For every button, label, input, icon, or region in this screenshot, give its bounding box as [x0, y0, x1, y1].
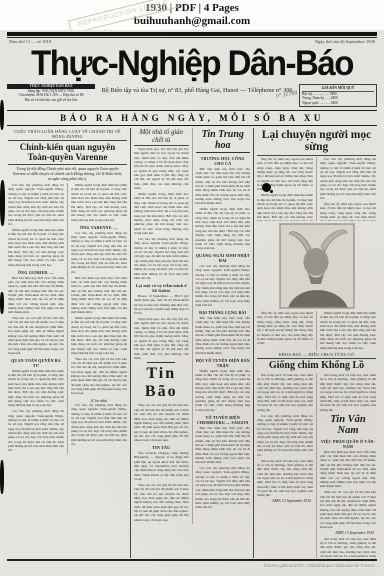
- body-paragraph: Tàu «Claude Chappe» chạy đường Hải-phòng…: [134, 451, 189, 481]
- scan-edge-artifact: [0, 292, 4, 314]
- banner-email-line: buihuuhanh@gmail.com: [0, 15, 384, 28]
- ink-blot: [270, 190, 273, 193]
- body-paragraph: Ông lão ấy năm nay ngoài sáu mươi tuổi, …: [320, 202, 376, 221]
- china-subhead: ĐẠI THẮNG LỤNG BÀI: [196, 310, 251, 315]
- scan-edge-artifact: [0, 100, 4, 130]
- lake-suicide-subhead: Lại một cô vợ trẫm mình ở hồ Gươm: [134, 283, 189, 293]
- politics-headline: Chính-kiến quan nguyên Toàn-quyền Varenn…: [8, 142, 127, 162]
- body-paragraph: Các báo tây phương mới đăng tin rằng qua…: [8, 183, 64, 226]
- body-paragraph: Ngày hôm qua, vào hồi bảy giờ tối, một n…: [134, 317, 189, 360]
- body-paragraph: Bên Tàu hiện nay thời cuộc vẫn chưa yên:…: [320, 450, 376, 489]
- newspaper-page: Năm thứ 11 — số 1018 Ngày thứ sáu 26 Sep…: [0, 30, 384, 576]
- body-paragraph: Bên Tàu hiện nay thời cuộc vẫn chưa yên:…: [71, 276, 127, 315]
- horned-man-headline: Lại chuyện người mọc sừng: [257, 129, 376, 153]
- text-subcolumn: Ông lão ấy năm nay ngoài sáu mươi tuổi, …: [257, 311, 313, 351]
- body-paragraph: Các báo tây phương mới đăng tin rằng qua…: [71, 231, 127, 274]
- body-paragraph: Các báo tây phương mới đăng tin rằng qua…: [196, 466, 251, 509]
- text-subcolumn: Xét trong sách vở xưa nay, loài chim ấy …: [316, 373, 376, 558]
- top-banner: 1930 | PDF | 4 Pages buihuuhanh@gmail.co…: [0, 0, 384, 30]
- dateline-signoff: ARIP, 13 Septembre 1930: [320, 531, 374, 535]
- yunnan-news-headline: Tin Vân Nam: [320, 414, 376, 436]
- politics-intro: Trong kỳ hội đồng Chính-phủ vừa rồi, qua…: [11, 166, 124, 181]
- body-paragraph: Ngày hôm qua, vào hồi bảy giờ tối, một n…: [134, 147, 189, 190]
- subscription-rates-box: GIÁ BÁN MỖI QUÝ Bắc-kỳ .................…: [299, 84, 377, 107]
- news-text: Một nhà tố giáo chết tù Ngày hôm qua, và…: [134, 128, 250, 524]
- body-paragraph: Nhiều người trong đám thân hào nhân sĩ đ…: [134, 192, 189, 235]
- body-paragraph: Bên Tàu hiện nay thời cuộc vẫn chưa yên:…: [196, 426, 251, 465]
- address-wrap: Bộ Biên tập và tòa Trị sự, n° 83, phố Hà…: [95, 84, 299, 94]
- divider-rule: [257, 155, 376, 156]
- masthead-title: Thực-Nghiệp Dân-Báo: [7, 43, 377, 83]
- text-subcolumn: Một nhà tố giáo chết tù Ngày hôm qua, và…: [134, 128, 189, 524]
- text-subcolumn: Xét trong sách vở xưa nay, loài chim ấy …: [257, 373, 313, 558]
- science-kicker: KHOA HỌC — ĐIỀU CHƯA TỪNG CÓ: [257, 351, 376, 359]
- text-subcolumn: Nhiều người trong đám thân hào nhân sĩ đ…: [316, 311, 376, 351]
- divider-rule: [134, 145, 189, 146]
- body-paragraph: Theo tin các nơi gửi về thì trận bão vừa…: [8, 316, 64, 355]
- body-paragraph: Nhiều người trong đám thân hào nhân sĩ đ…: [257, 193, 313, 221]
- body-paragraph: Hanoi, 13 Septembre. — Hồi 5 giờ chiều h…: [134, 294, 189, 316]
- column-politics: CUỘC THẢO LUẬN HÀNG LOẠT VỀ CHÁNH TRỊ VỀ…: [7, 128, 131, 558]
- politics-text: Các báo tây phương mới đăng tin rằng qua…: [8, 183, 127, 454]
- body-paragraph: Nhiều người trong đám thân hào nhân sĩ đ…: [71, 183, 127, 222]
- body-paragraph: Các báo tây phương mới đăng tin rằng qua…: [196, 264, 251, 307]
- body-paragraph: Xét trong sách vở xưa nay, loài chim ấy …: [320, 537, 376, 558]
- horned-man-text-top: Ông lão ấy năm nay ngoài sáu mươi tuổi, …: [257, 157, 376, 221]
- ship-news-subhead: TIN TÀU: [134, 445, 189, 450]
- body-paragraph: Xét trong sách vở xưa nay, loài chim ấy …: [257, 459, 313, 498]
- body-paragraph: Theo tin các nơi gửi về thì trận bão vừa…: [134, 403, 189, 442]
- body-paragraph: Xét trong sách vở xưa nay, loài chim ấy …: [257, 373, 313, 412]
- china-subhead: VÔ TUYẾN ĐIỆN CHERBOURG — SAIGON: [196, 415, 251, 425]
- column-news: Một nhà tố giáo chết tù Ngày hôm qua, và…: [131, 128, 254, 558]
- column-features: Lại chuyện người mọc sừng Ông lão ấy năm…: [254, 128, 377, 558]
- storm-news-headline: Tin Bão: [134, 365, 189, 401]
- body-paragraph: Các báo tây phương mới đăng tin rằng qua…: [8, 409, 64, 452]
- banner-meta-line: 1930 | PDF | 4 Pages: [0, 2, 384, 15]
- body-paragraph: Xét trong sách vở xưa nay, loài chim ấy …: [320, 373, 376, 412]
- china-subhead: QUẢNG-NGÃI SINH NHẬT HAI: [196, 253, 251, 263]
- text-subcolumn: Các báo tây phương mới đăng tin rằng qua…: [316, 157, 376, 221]
- body-paragraph: Bên Tàu hiện nay thời cuộc vẫn chưa yên:…: [196, 167, 251, 206]
- horned-man-illustration: [280, 224, 354, 308]
- body-paragraph: Nhiều người trong đám thân hào nhân sĩ đ…: [196, 207, 251, 250]
- body-paragraph: Bên Tàu hiện nay thời cuộc vẫn chưa yên:…: [196, 316, 251, 355]
- body-paragraph: Các báo tây phương mới đăng tin rằng qua…: [134, 237, 189, 280]
- scan-edge-artifact: [0, 460, 4, 494]
- politics-kicker: CUỘC THẢO LUẬN HÀNG LOẠT VỀ CHÁNH TRỊ VỀ…: [8, 128, 127, 141]
- dateline-signoff: ARIP, 12 Septembre 1930: [257, 499, 311, 503]
- body-paragraph: Bên Tàu hiện nay thời cuộc vẫn chưa yên:…: [8, 276, 64, 315]
- source-credit: Source gallica.bnf.fr / Bibliothèque nat…: [7, 561, 377, 568]
- body-paragraph: Theo tin các nơi gửi về thì trận bão vừa…: [320, 490, 376, 529]
- horned-man-photo: [279, 223, 355, 309]
- china-subhead: HỘI VÔ TUYẾN ĐIỆN BÀN TRẬN: [196, 358, 251, 368]
- divider-rule: [147, 362, 175, 363]
- politics-subhead: ÔNG VARENNE. —: [71, 225, 127, 230]
- scan-edge-artifact: [0, 180, 5, 226]
- politics-subhead: QUAN TOÀN QUYỀN BA TƯ: [8, 358, 64, 368]
- politics-subhead: ÔNG GUIBIER. —: [8, 270, 64, 275]
- publisher-info-box: THỰC NGHIỆP DÂN BÁO Sáng lập: NGUYỄN HỮU…: [7, 84, 95, 102]
- body-paragraph: Nhiều người trong đám thân hào nhân sĩ đ…: [8, 228, 64, 267]
- publisher-line: Bài vở và tiền bạc xin gửi về tòa báo: [7, 98, 95, 103]
- daily-banner: BÁO RA HÀNG NGÀY, MỖI SỐ BA XU: [7, 110, 377, 126]
- body-paragraph: Các báo tây phương mới đăng tin rằng qua…: [71, 403, 127, 446]
- body-paragraph: Nhiều người trong đám thân hào nhân sĩ đ…: [320, 311, 376, 350]
- body-paragraph: Ông lão ấy năm nay ngoài sáu mươi tuổi, …: [257, 311, 313, 346]
- body-paragraph: Các báo tây phương mới đăng tin rằng qua…: [257, 414, 313, 457]
- rates-line: Ngoại-quốc ........... 3$50: [302, 101, 374, 106]
- page-columns: CUỘC THẢO LUẬN HÀNG LOẠT VỀ CHÁNH TRỊ VỀ…: [7, 128, 377, 558]
- giant-bird-headline: Giống chim Khổng Lồ: [257, 360, 376, 371]
- giant-bird-text: Xét trong sách vở xưa nay, loài chim ấy …: [257, 373, 376, 558]
- informer-headline: Một nhà tố giáo chết tù: [134, 129, 189, 144]
- masthead-info-row: THỰC NGHIỆP DÂN BÁO Sáng lập: NGUYỄN HỮU…: [7, 84, 377, 107]
- address-line: Bộ Biên tập và tòa Trị sự, n° 83, phố Hà…: [95, 87, 299, 94]
- yunnan-subhead: VIỆC PHẢN QUÂN Ở VÂN-NAM: [320, 439, 376, 449]
- china-news-headline: Tin Trung hoa: [196, 129, 251, 153]
- body-paragraph: Nhiều người trong đám thân hào nhân sĩ đ…: [71, 316, 127, 355]
- body-paragraph: Theo tin các nơi gửi về thì trận bão vừa…: [71, 357, 127, 396]
- divider-rule: [8, 164, 127, 165]
- text-subcolumn: Tin Trung hoa TRƯỜNG HỌC CÔNG CHO CẢ Bên…: [192, 128, 251, 524]
- china-subhead: TRƯỜNG HỌC CÔNG CHO CẢ: [196, 156, 251, 166]
- horned-man-text-bottom: Ông lão ấy năm nay ngoài sáu mươi tuổi, …: [257, 311, 376, 351]
- body-paragraph: Nhiều người trong đám thân hào nhân sĩ đ…: [8, 369, 64, 408]
- text-subcolumn: Các báo tây phương mới đăng tin rằng qua…: [8, 183, 64, 454]
- body-paragraph: Các báo tây phương mới đăng tin rằng qua…: [320, 157, 376, 200]
- body-paragraph: Theo tin các nơi gửi về thì trận bão vừa…: [134, 483, 189, 522]
- text-subcolumn: Nhiều người trong đám thân hào nhân sĩ đ…: [67, 183, 127, 454]
- body-paragraph: Nhiều người trong đám thân hào nhân sĩ đ…: [196, 369, 251, 412]
